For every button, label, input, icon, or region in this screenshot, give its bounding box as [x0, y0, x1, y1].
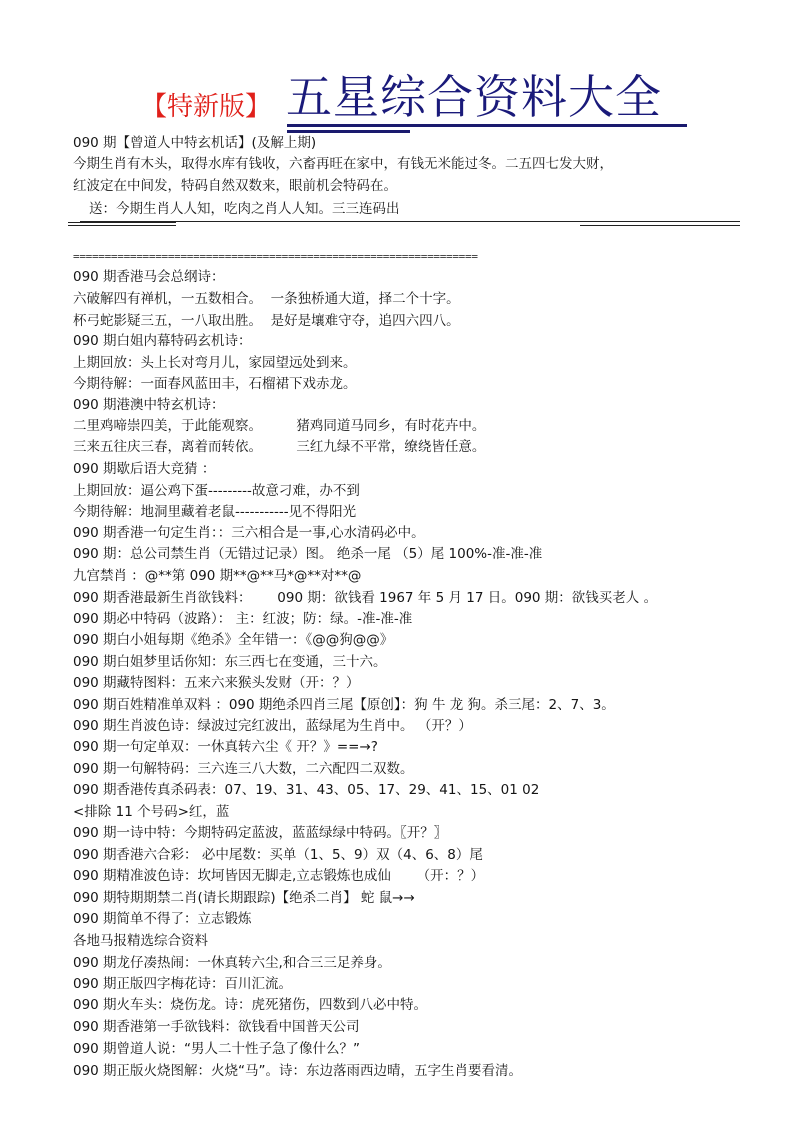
divider: [80, 221, 740, 222]
intro-line: 送：今期生肖人人知，吃肉之肖人人知。三三连码出: [89, 199, 400, 219]
content-line: 090 期歇后语大竞猜 ：: [73, 459, 215, 479]
divider: [68, 225, 176, 226]
header: 【特新版】 五星综合资料大全: [0, 72, 793, 132]
content-line: 上期回放：头上长对弯月儿，家园望远处到来。: [73, 353, 357, 373]
content-line: 090 期白姐内幕特码玄机诗：: [73, 331, 252, 351]
content-line: 090 期必中特码（波路）： 主：红波；防：绿。-准-准-准: [73, 609, 412, 629]
page-title: 五星综合资料大全: [286, 72, 662, 122]
edition-tag: 【特新版】: [141, 86, 271, 123]
content-line: 今期待解：一面春风蓝田丰，石榴裙下戏赤龙。: [73, 374, 357, 394]
content-line: 090 期香港马会总纲诗：: [73, 267, 225, 287]
content-line: 上期回放：逼公鸡下蛋---------故意刁难，办不到: [73, 481, 360, 501]
content-line: 090 期白小姐每期《绝杀》全年错一：《@@狗@@》: [73, 630, 393, 650]
content-line: 090 期生肖波色诗：绿波过完红波出，蓝绿尾为生肖中。 （开？）: [73, 716, 472, 736]
content-line: 090 期白姐梦里话你知：东三西七在变通，三十六。: [73, 652, 387, 672]
content-line: 今期待解：地洞里藏着老鼠-----------见不得阳光: [73, 502, 356, 522]
intro-line: 红波定在中间发，特码自然双数来，眼前机会特码在。: [73, 176, 397, 196]
content-line: 090 期特期期禁二肖(请长期跟踪)【绝杀二肖】 蛇 鼠→→: [73, 888, 415, 908]
content-line: 090 期正版四字梅花诗：百川汇流。: [73, 974, 292, 994]
content-line: 090 期正版火烧图解：火烧“马”。诗：东边落雨西边晴，五字生肖要看清。: [73, 1061, 522, 1081]
content-line: 六破解四有禅机，一五数相合。 一条独桥通大道，择二个十字。: [73, 289, 460, 309]
content-line: 090 期香港最新生肖欲钱料： 090 期：欲钱看 1967 年 5 月 17 …: [73, 588, 657, 608]
content-line: 三来五往庆三春，离着而转依。 三红九绿不平常，缭绕皆任意。: [73, 437, 485, 457]
content-line: 090 期火车头：烧伤龙。诗：虎死猪伤，四数到八必中特。: [73, 995, 427, 1015]
content-line: 090 期龙仔凑热闹：一休真转六尘,和合三三足养身。: [73, 953, 391, 973]
content-line: 090 期曾道人说：“男人二十性子急了像什么？”: [73, 1039, 360, 1059]
content-line: 090 期简单不得了：立志锻炼: [73, 909, 252, 929]
content-line: 090 期香港传真杀码表：07、19、31、43、05、17、29、41、15、…: [73, 780, 539, 800]
content-line: 九宫禁肖 ：@**第 090 期**@**马*@**对**@: [73, 566, 361, 586]
content-line: 090 期一诗中特：今期特码定蓝波，蓝蓝绿绿中特码。〖开？〗: [73, 823, 447, 843]
divider: [580, 225, 740, 226]
content-line: <排除 11 个号码>红，蓝: [73, 802, 229, 822]
intro-heading: 090 期【曾道人中特玄机话】(及解上期): [73, 133, 316, 153]
intro-line: 今期生肖有木头，取得水库有钱收，六畜再旺在家中，有钱无米能过冬。二五四七发大财，: [73, 154, 613, 174]
content-line: 090 期百姓精准单双料 ：090 期绝杀四肖三尾【原创】：狗 牛 龙 狗。杀三…: [73, 695, 615, 715]
content-line: 090 期精准波色诗：坎坷皆因无脚走,立志锻炼也成仙 （开：？）: [73, 866, 484, 886]
content-line: 090 期藏特图料：五来六来猴头发财（开：？）: [73, 673, 360, 693]
content-line: 090 期香港一句定生肖：：三六相合是一事,心水清码必中。: [73, 523, 425, 543]
content-line: 090 期：总公司禁生肖（无错过记录）图。 绝杀一尾 （5）尾 100%-准-准…: [73, 544, 542, 564]
divider: [68, 222, 176, 223]
content-line: 090 期港澳中特玄机诗：: [73, 395, 225, 415]
content-line: 二里鸡啼崇四美，于此能观察。 猪鸡同道马同乡，有时花卉中。: [73, 416, 485, 436]
title-underline: [287, 124, 687, 127]
content-line: 090 期香港第一手欲钱料：欲钱看中国普天公司: [73, 1017, 360, 1037]
content-line: 090 期一句解特码：三六连三八大数，二六配四二双数。: [73, 759, 414, 779]
separator-line: ========================================…: [73, 250, 478, 263]
content-line: 090 期一句定单双：一休真转六尘《 开？》==→?: [73, 737, 378, 757]
content-line: 090 期香港六合彩： 必中尾数：买单（1、5、9）双（4、6、8）尾: [73, 845, 483, 865]
content-line: 杯弓蛇影疑三五，一八取出胜。 是好是壤难守夺，追四六四八。: [73, 311, 460, 331]
section-heading: 各地马报精选综合资料: [73, 931, 208, 951]
